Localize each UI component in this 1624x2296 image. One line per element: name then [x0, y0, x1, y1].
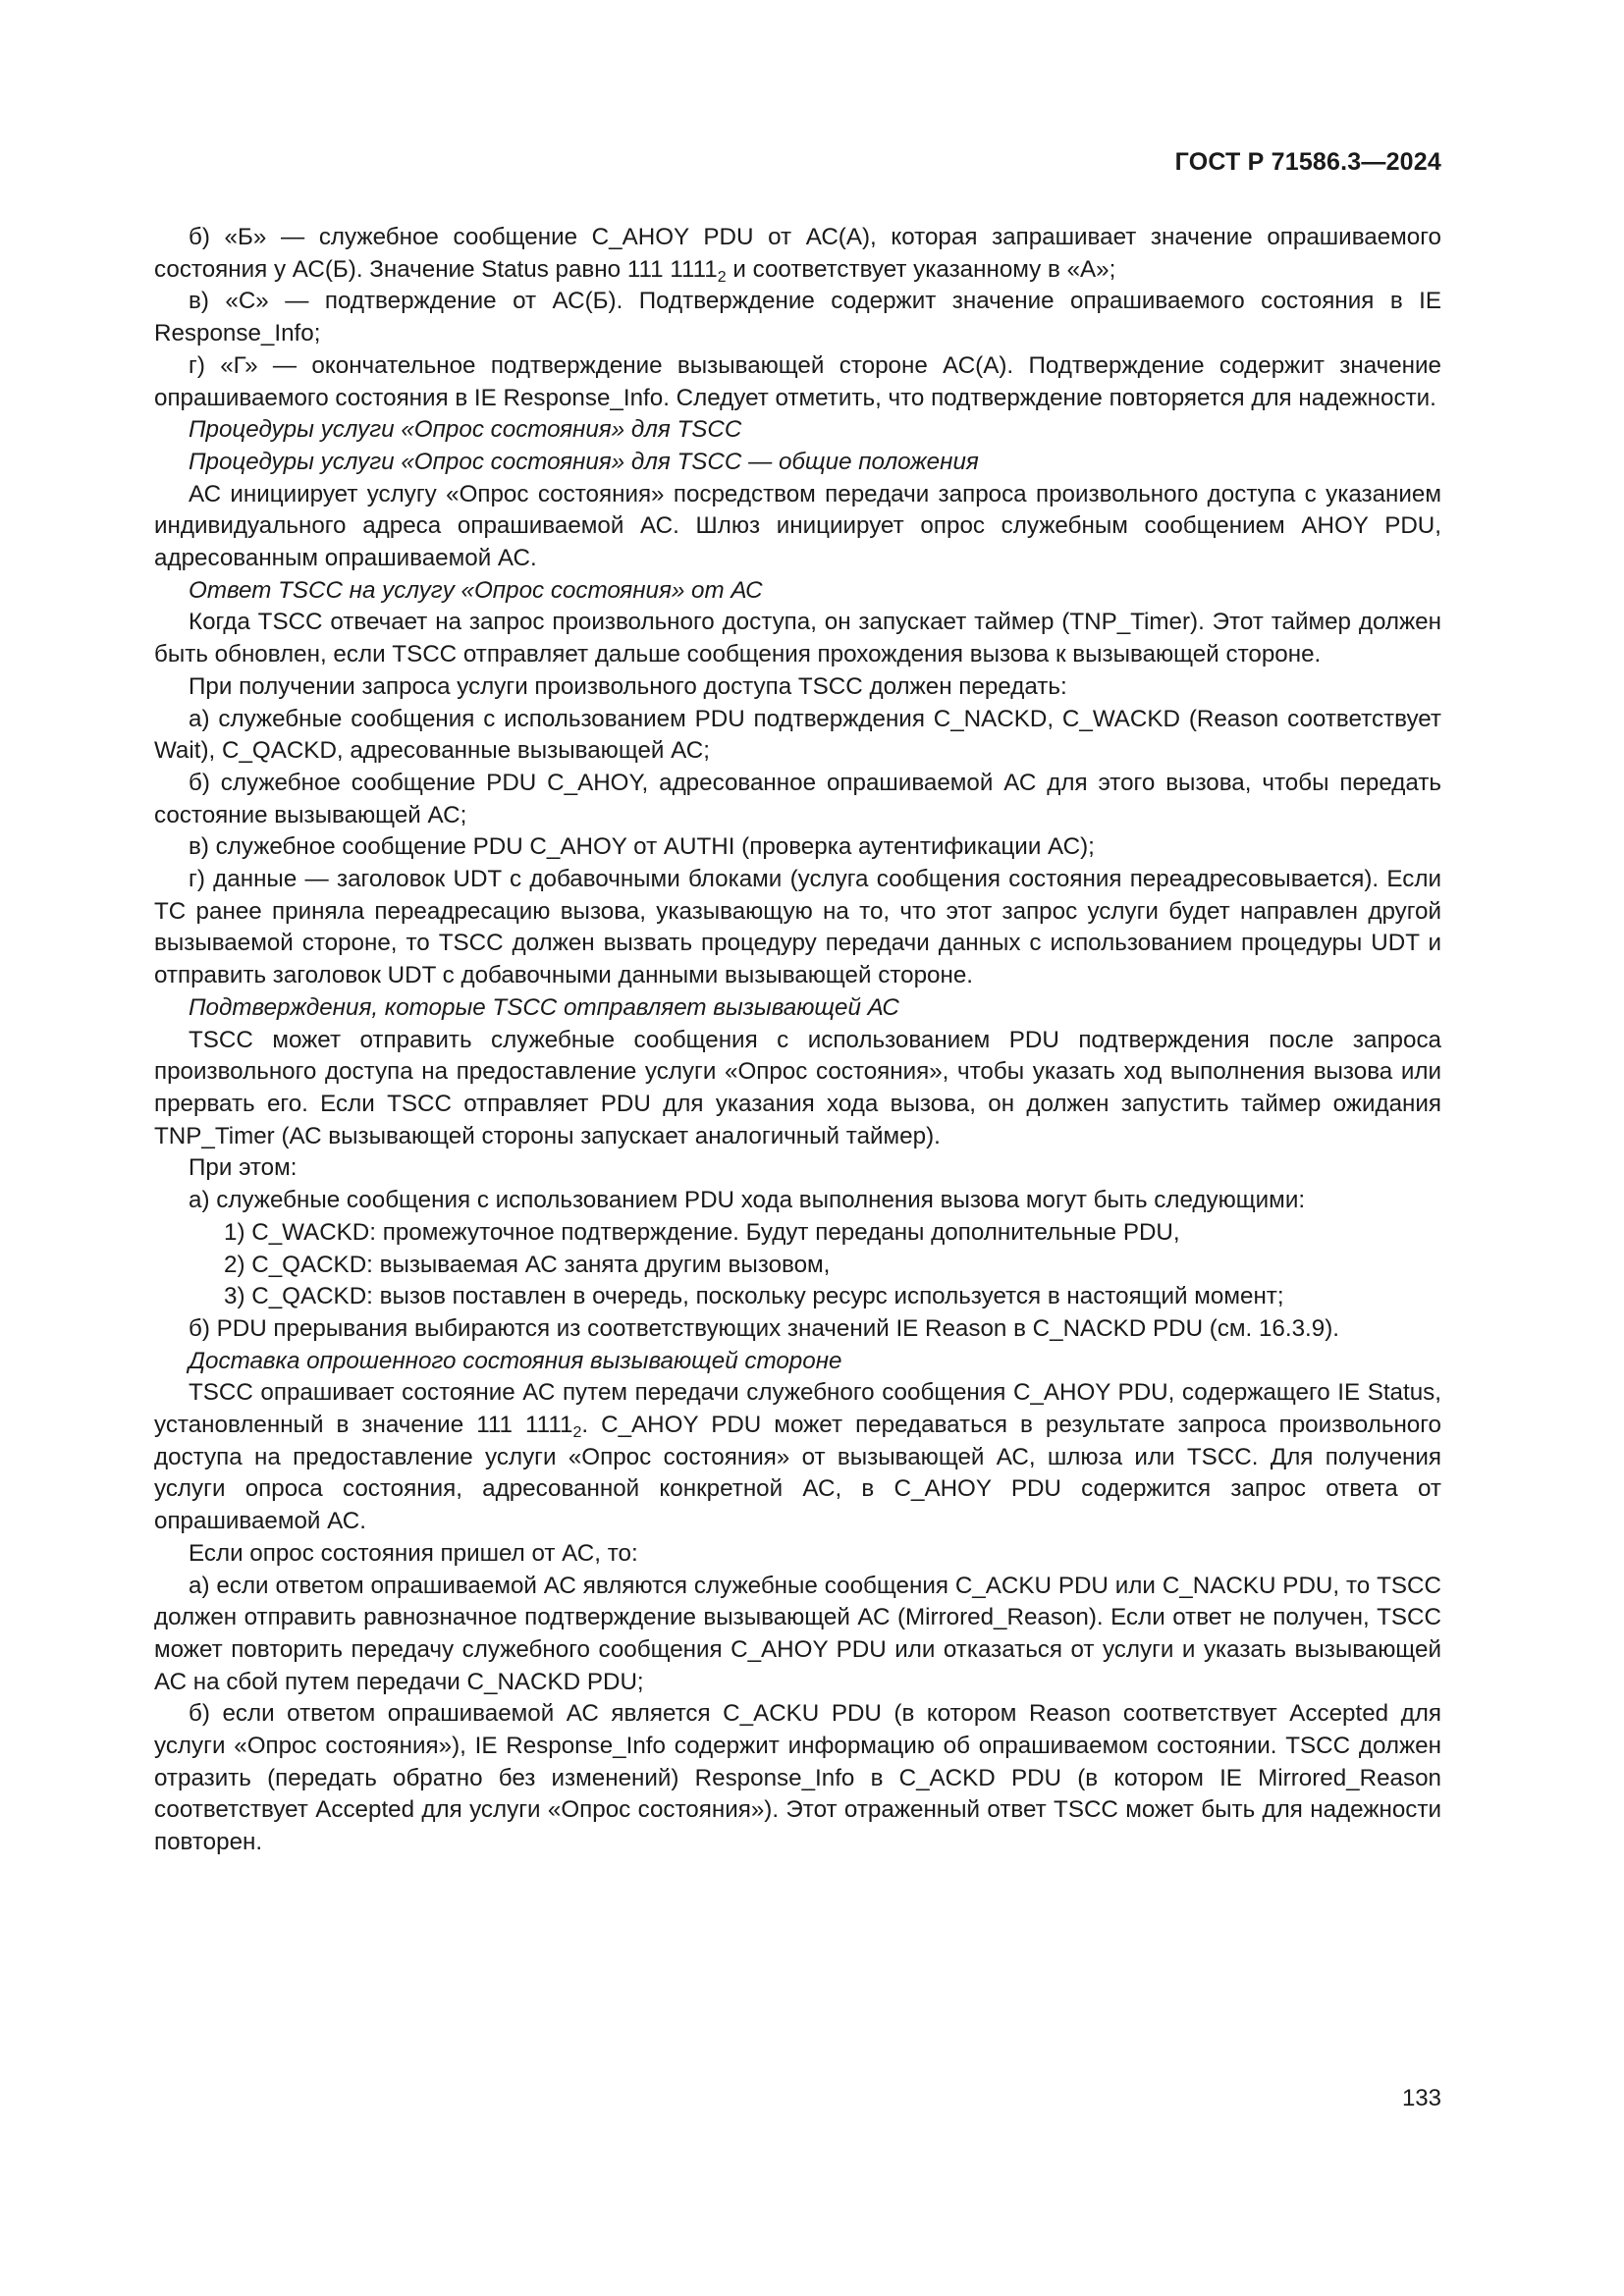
paragraph: а) если ответом опрашиваемой АС являются… — [154, 1571, 1441, 1699]
section-heading: Подтверждения, которые TSCC отправляет в… — [154, 992, 1441, 1025]
document-page: ГОСТ Р 71586.3—2024 б) «Б» — служебное с… — [0, 0, 1624, 2296]
section-heading: Процедуры услуги «Опрос состояния» для T… — [154, 447, 1441, 479]
paragraph: г) «Г» — окончательное подтверждение выз… — [154, 350, 1441, 414]
page-number: 133 — [1402, 2085, 1441, 2112]
paragraph: Если опрос состояния пришел от АС, то: — [154, 1538, 1441, 1571]
paragraph: TSCC может отправить служебные сообщения… — [154, 1025, 1441, 1153]
subscript: 2 — [572, 1424, 581, 1441]
paragraph: При получении запроса услуги произвольно… — [154, 671, 1441, 704]
paragraph: а) служебные сообщения с использованием … — [154, 704, 1441, 768]
paragraph: б) PDU прерывания выбираются из соответс… — [154, 1313, 1441, 1346]
list-subitem: 1) C_WACKD: промежуточное подтверждение.… — [154, 1217, 1441, 1250]
paragraph: а) служебные сообщения с использованием … — [154, 1185, 1441, 1217]
paragraph: г) данные — заголовок UDT с добавочными … — [154, 864, 1441, 992]
list-subitem: 2) C_QACKD: вызываемая АС занята другим … — [154, 1250, 1441, 1282]
paragraph: в) служебное сообщение PDU C_AHOY от AUT… — [154, 831, 1441, 864]
list-subitem: 3) C_QACKD: вызов поставлен в очередь, п… — [154, 1281, 1441, 1313]
paragraph: При этом: — [154, 1152, 1441, 1185]
paragraph: б) если ответом опрашиваемой АС является… — [154, 1698, 1441, 1859]
paragraph: Когда TSCC отвечает на запрос произвольн… — [154, 607, 1441, 670]
document-standard-id: ГОСТ Р 71586.3—2024 — [1175, 148, 1441, 177]
subscript: 2 — [718, 269, 727, 286]
section-heading: Ответ TSCC на услугу «Опрос состояния» о… — [154, 575, 1441, 608]
paragraph: б) «Б» — служебное сообщение C_AHOY PDU … — [154, 222, 1441, 286]
document-body: б) «Б» — служебное сообщение C_AHOY PDU … — [154, 222, 1441, 1859]
paragraph: в) «С» — подтверждение от АС(Б). Подтвер… — [154, 286, 1441, 349]
paragraph: АС инициирует услугу «Опрос состояния» п… — [154, 479, 1441, 575]
section-heading: Процедуры услуги «Опрос состояния» для T… — [154, 414, 1441, 447]
paragraph: TSCC опрашивает состояние АС путем перед… — [154, 1377, 1441, 1538]
section-heading: Доставка опрошенного состояния вызывающе… — [154, 1346, 1441, 1378]
paragraph: б) служебное сообщение PDU C_AHOY, адрес… — [154, 768, 1441, 831]
